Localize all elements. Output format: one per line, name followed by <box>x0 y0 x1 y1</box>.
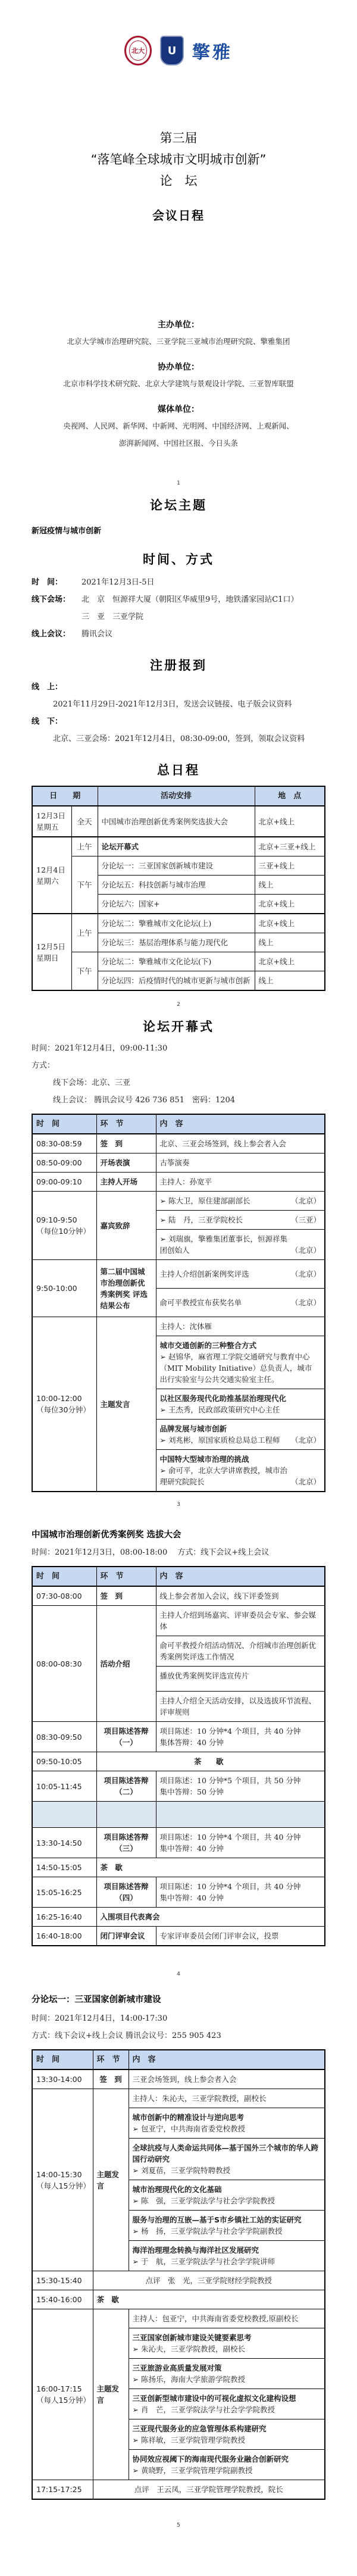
forum1-meta-time: 时间：2021年12月4日，14:00-17:30 <box>32 2012 325 2025</box>
col-stage: 环 节 <box>93 2050 129 2069</box>
lunch-break-row <box>32 1802 325 1828</box>
forum1-section-title: 分论坛一：三亚国家创新城市建设 <box>32 1993 325 2005</box>
time-cell: 16:40-18:00 <box>32 1927 96 1946</box>
content-cell: 主持人介绍到场嘉宾、评审委员会专家、参会媒体 <box>156 1606 325 1636</box>
content-cell: 北京、三亚会场签到，线上参会者入会 <box>156 1134 325 1153</box>
review-cell: 点评 张 光，三亚学院财经学院教授 <box>93 2271 325 2290</box>
stage-cell: 主题发言 <box>93 2089 129 2271</box>
opening-meta-online: 线上会议： 腾讯会议号 426 736 851 密码：1204 <box>32 1094 325 1106</box>
time-cell: 14:50-15:05 <box>32 1858 96 1877</box>
table-row: 13:30-14:00 签 到 三亚会场签到，线上参会者入会 <box>32 2069 325 2089</box>
time-cell: 08:50-09:00 <box>32 1153 96 1173</box>
time-cell: 16:25-16:40 <box>32 1908 96 1927</box>
opening-heading: 论坛开幕式 <box>32 1017 325 1035</box>
time-row: 时 间： 2021年12月3日-5日 <box>32 576 325 589</box>
table-row: 12月4日 星期六 上午 论坛开幕式 北京+三亚+线上 <box>32 837 325 856</box>
content-cell: ➢ 陆 丹，三亚学院校长（三亚） <box>156 1211 325 1230</box>
table-row: 08:30-08:59 签 到 北京、三亚会场签到，线上参会者入会 <box>32 1134 325 1153</box>
table-row: 16:25-16:40 入围项目代表离会 <box>32 1908 325 1927</box>
time-cell: 14:00-15:30 （每人15分钟） <box>32 2089 93 2271</box>
date-cell: 12月3日 星期五 <box>32 806 71 837</box>
overview-col-activity: 活动安排 <box>98 786 255 806</box>
content-cell: 俞可平教授介绍活动情况、介绍城市治理创新优秀案例奖评选工作情况 <box>156 1636 325 1667</box>
speech-cell: 城市创新中的精准设计与逆向思考 ➢ 包亚宁，中共海南省委党校教授 <box>129 2108 325 2139</box>
stage-cell: 项目陈述答辩（一） <box>96 1722 156 1752</box>
content-cell: 主持人介绍全天活动安排，以及选拔环节流程、评审规则 <box>156 1692 325 1722</box>
place-cell: 北京+三亚+线上 <box>255 837 325 856</box>
col-content: 内 容 <box>156 1567 325 1586</box>
stage-cell: 活动介绍 <box>96 1606 156 1722</box>
table-row: 12月3日 星期五 全天 中国城市治理创新优秀案例奖选拔大会 北京+线上 <box>32 806 325 837</box>
period-cell: 上午 <box>71 914 98 952</box>
forum-word: 论 坛 <box>32 170 325 192</box>
col-stage: 环 节 <box>96 1567 156 1586</box>
speech-cell: 服务与治理的互嵌—基于S市乡镇社工站的实证研究 ➢ 杨 扬，三亚学院法学与社会学… <box>129 2211 325 2241</box>
time-mode-heading: 时间、方式 <box>32 550 325 568</box>
table-row: 16:00-17:15 （每人15分钟） 主题发言 主持人：包亚宁，中共海南省委… <box>32 2309 325 2328</box>
registration-online-label: 线 上： <box>32 681 325 693</box>
tea-break-cell: 茶 歇 <box>96 1752 325 1771</box>
stage-cell: 入围项目代表离会 <box>96 1908 325 1927</box>
offline-venue-2: 三 亚 三亚学院 <box>82 611 325 623</box>
stage-cell: 项目陈述答辩（三） <box>96 1828 156 1858</box>
time-cell: 10:00-12:00 （每位30分钟） <box>32 1317 96 1492</box>
opening-meta-mode: 方式： <box>32 1059 325 1072</box>
time-cell: 10:05-11:45 <box>32 1771 96 1802</box>
opening-header-row: 时 间 环 节 内 容 <box>32 1114 325 1134</box>
col-stage: 环 节 <box>96 1114 156 1134</box>
speech-cell: 城市交通创新的三种整合方式 ➢ 赵锦华，麻省理工学院交通研究与教育中心（MIT … <box>156 1336 325 1389</box>
stage-cell: 签 到 <box>93 2069 129 2089</box>
table-row: 08:00-08:30 活动介绍 主持人介绍到场嘉宾、评审委员会专家、参会媒体 <box>32 1606 325 1636</box>
title-block: 第三届 “落笔峰全球城市文明城市创新” 论 坛 会议日程 <box>0 127 357 223</box>
place-cell: 线上 <box>255 971 325 991</box>
col-content: 内 容 <box>156 1114 325 1134</box>
online-meeting-value: 腾讯会议 <box>82 628 325 640</box>
place-cell: 北京+线上 <box>255 806 325 837</box>
time-cell: 07:30-08:00 <box>32 1586 96 1606</box>
time-cell: 9:50-10:00 <box>32 1260 96 1317</box>
time-cell: 08:00-08:30 <box>32 1606 96 1722</box>
table-row: 09:00-09:10 主持人开场 主持人：孙宽平 <box>32 1173 325 1192</box>
content-cell: 主持人：孙宽平 <box>156 1173 325 1192</box>
activity-cell: 分论坛二：擎雅城市文化论坛(下) <box>98 952 255 971</box>
host-cell: 主持人：沈体雁 <box>156 1317 325 1336</box>
host-cell: 主持人：包亚宁，中共海南省委党校教授,原副校长 <box>129 2309 325 2328</box>
table-row: 08:50-09:00 开场表演 古筝演奏 <box>32 1153 325 1173</box>
overview-table: 日 期 活动安排 地 点 12月3日 星期五 全天 中国城市治理创新优秀案例奖选… <box>32 786 325 991</box>
tea-break-cell: 茶 歇 <box>93 2290 325 2309</box>
speech-cell: 三亚国家创新城市建设关键要素思考 ➢ 朱沁夫，三亚学院教授，副校长 <box>129 2328 325 2359</box>
speech-cell: 协同效应视阈下的海南现代服务业融合创新研究 ➢ 黄晓野，三亚学院管理学院副教授 <box>129 2450 325 2480</box>
organizers-block: 主办单位： 北京大学城市治理研究院、三亚学院三亚城市治理研究院、擎雅集团 协办单… <box>0 318 357 449</box>
forum1-header-row: 时 间 环 节 内 容 <box>32 2050 325 2069</box>
activity-cell: 中国城市治理创新优秀案例奖选拔大会 <box>98 806 255 837</box>
time-value: 2021年12月3日-5日 <box>82 576 325 589</box>
document-title: 会议日程 <box>32 206 325 223</box>
page-number-1: 1 <box>0 480 357 486</box>
overview-header-row: 日 期 活动安排 地 点 <box>32 786 325 806</box>
peking-university-seal-icon: 北大 <box>124 36 152 65</box>
table-row: 15:30-15:40 点评 张 光，三亚学院财经学院教授 <box>32 2271 325 2290</box>
time-cell: 13:30-14:50 <box>32 1828 96 1858</box>
time-cell: 08:30-08:59 <box>32 1134 96 1153</box>
col-time: 时 间 <box>32 1567 96 1586</box>
activity-cell: 分论坛四：后疫情时代的城市更新与城市创新 <box>98 971 255 991</box>
speech-cell: 以社区服务现代化助推基层治理现代化 ➢ 王杰秀，民政部政策研究中心主任 <box>156 1389 325 1420</box>
table-row: 下午 分论坛二：擎雅城市文化论坛(下) 北京+线上 <box>32 952 325 971</box>
page-number-2: 2 <box>0 1002 357 1008</box>
content-cell: 主持人介绍创新案例奖评选（北京） <box>156 1260 325 1289</box>
place-cell: 北京+线上 <box>255 914 325 933</box>
activity-cell: 分论坛五：科技创新与城市治理 <box>98 876 255 895</box>
speech-cell: 品牌发展与城市创新 ➢ 刘兆彬，原国家质检总局总工程师（北京） <box>156 1420 325 1450</box>
header-logos: 北大 U 擎雅 <box>0 36 357 65</box>
table-row: 07:30-08:00 签 到 线上参会者加入会议，线下评委签到 <box>32 1586 325 1606</box>
co-organizer-label: 协办单位： <box>32 361 325 373</box>
content-cell: 播放优秀案例奖评选宣传片 <box>156 1667 325 1692</box>
stage-cell: 开场表演 <box>96 1153 156 1173</box>
activity-cell: 论坛开幕式 <box>98 837 255 856</box>
speech-cell: 三亚旅游业高质量发展对策 ➢ 陈扬乐，海南大学旅游学院教授 <box>129 2359 325 2389</box>
overview-heading: 总日程 <box>32 761 325 779</box>
table-row: 16:40-18:00 闭门评审会议 专家评审委员会闭门评审会议，投票 <box>32 1927 325 1946</box>
forum-name: “落笔峰全球城市文明城市创新” <box>32 149 325 170</box>
page-number-3: 3 <box>0 1502 357 1508</box>
theme-text: 新冠疫情与城市创新 <box>32 524 325 536</box>
media-units-line1: 央视网、人民网、新华网、中新网、光明网、中国经济网、上观新闻、 <box>32 420 325 432</box>
content-cell: 三亚会场签到，线上参会者入会 <box>129 2069 325 2089</box>
table-row: 09:10-9:50 （每位10分钟） 嘉宾致辞 ➢ 陈大卫，原住建部副部长（北… <box>32 1192 325 1211</box>
time-cell: 15:40-16:00 <box>32 2290 93 2309</box>
stage-cell: 项目陈述答辩（四） <box>96 1877 156 1908</box>
time-cell: 15:30-15:40 <box>32 2271 93 2290</box>
content-cell: 项目陈述：10 分钟*5 个项目，共 50 分钟 集中答辩：50 分钟 <box>156 1771 325 1802</box>
content-cell: 项目陈述：10 分钟*4 个项目，共 40 分钟 集体答辩：40 分钟 <box>156 1722 325 1752</box>
table-row: 10:00-12:00 （每位30分钟） 主题发言 主持人：沈体雁 <box>32 1317 325 1336</box>
offline-venue-row-2: 三 亚 三亚学院 <box>32 611 325 623</box>
table-row: 9:50-10:00 第二届中国城市治理创新优秀案例奖 评选结果公布 主持人介绍… <box>32 1260 325 1289</box>
period-cell: 下午 <box>71 856 98 914</box>
speech-cell: 三亚创新型城市建设中的可视化虚拟文化建构设想 ➢ 肖 芒，三亚学院法学与社会学学… <box>129 2389 325 2419</box>
content-cell: 古筝演奏 <box>156 1153 325 1173</box>
overview-col-date: 日 期 <box>32 786 98 806</box>
media-units-line2: 澎湃新闻网、中国社区报、今日头条 <box>32 437 325 449</box>
table-row: 15:05-16:25 项目陈述答辩（四） 项目陈述：10 分钟*4 个项目，共… <box>32 1877 325 1908</box>
content-cell: 俞可平教授宣布获奖名单（北京） <box>156 1289 325 1317</box>
table-row: 15:40-16:00 茶 歇 <box>32 2290 325 2309</box>
registration-offline-label: 线 下： <box>32 715 325 728</box>
opening-table: 时 间 环 节 内 容 08:30-08:59 签 到 北京、三亚会场签到，线上… <box>32 1114 325 1492</box>
page-number-4: 4 <box>0 1971 357 1977</box>
stage-cell: 闭门评审会议 <box>96 1927 156 1946</box>
content-cell: 项目陈述：10 分钟*4 个项目，共 40 分钟 集中答辩：40 分钟 <box>156 1828 325 1858</box>
award-section-title: 中国城市治理创新优秀案例奖 选拔大会 <box>32 1528 325 1540</box>
speech-cell: 三亚现代服务业的应急管理体系构建研究 ➢ 陈祥敏，三亚学院管理学院教授 <box>129 2419 325 2450</box>
co-organizers: 北京市科学技术研究院、北京大学建筑与景观设计学院、三亚智库联盟 <box>32 378 325 390</box>
stage-cell: 主题发言 <box>96 1317 156 1492</box>
content-cell: ➢ 刘瑞旗，擎雅集团董事长，恒源祥集团创始人（北京） <box>156 1230 325 1260</box>
university-of-sanya-shield-icon: U <box>160 36 184 65</box>
table-row: 09:50-10:05 茶 歇 <box>32 1752 325 1771</box>
offline-venue-label: 线下会场： <box>32 593 82 606</box>
registration-online-detail: 2021年11月29日-2021年12月3日，发送会议链接、电子版会议资料 <box>32 698 325 711</box>
time-cell: 15:05-16:25 <box>32 1877 96 1908</box>
date-cell: 12月4日 星期六 <box>32 837 71 914</box>
speech-cell: 城市治理现代化的文化基础 ➢ 陈 强，三亚学院法学与社会学学院教授 <box>129 2180 325 2211</box>
date-cell: 12月5日 星期日 <box>32 914 71 990</box>
table-row: 下午 分论坛一：三亚国家创新城市建设 三亚+线上 <box>32 856 325 876</box>
stage-cell: 签 到 <box>96 1134 156 1153</box>
review-cell: 点评 王云凤，三亚学院管理学院教授，院长 <box>93 2480 325 2500</box>
table-row: 08:30-09:50 项目陈述答辩（一） 项目陈述：10 分钟*4 个项目，共… <box>32 1722 325 1752</box>
page-number-5: 5 <box>0 2522 357 2576</box>
col-time: 时 间 <box>32 1114 96 1134</box>
stage-cell: 嘉宾致辞 <box>96 1192 156 1260</box>
table-row: 17:15-17:25 点评 王云凤，三亚学院管理学院教授，院长 <box>32 2480 325 2500</box>
time-cell: 09:50-10:05 <box>32 1752 96 1771</box>
forum-edition: 第三届 <box>32 127 325 149</box>
activity-cell: 分论坛一：三亚国家创新城市建设 <box>98 856 255 876</box>
stage-cell: 项目陈述答辩（二） <box>96 1771 156 1802</box>
opening-meta-time: 时间：2021年12月4日，09:00-11:30 <box>32 1042 325 1055</box>
stage-cell: 第二届中国城市治理创新优秀案例奖 评选结果公布 <box>96 1260 156 1317</box>
award-header-row: 时 间 环 节 内 容 <box>32 1567 325 1586</box>
speech-cell: 中国特大型城市治理的挑战 ➢ 俞可平，北京大学讲席教授，城市治理研究院院长（北京… <box>156 1450 325 1492</box>
time-cell: 08:30-09:50 <box>32 1722 96 1752</box>
registration-heading: 注册报到 <box>32 656 325 674</box>
content-cell: ➢ 陈大卫，原住建部副部长（北京） <box>156 1192 325 1211</box>
offline-venue-1: 北 京 恒源祥大厦（朝阳区华威里9号，地铁潘家园站C1口） <box>82 593 325 606</box>
overview-col-place: 地 点 <box>255 786 325 806</box>
content-cell: 项目陈述：10 分钟*4 个项目，共 40 分钟 集中答辩：40 分钟 <box>156 1877 325 1908</box>
media-units-label: 媒体单位： <box>32 403 325 415</box>
online-meeting-row: 线上会议： 腾讯会议 <box>32 628 325 640</box>
speech-cell: 海洋治理理念转换与海洋社区发展研究 ➢ 于 航，三亚学院法学与社会学学院讲师 <box>129 2241 325 2271</box>
period-cell: 上午 <box>71 837 98 856</box>
place-cell: 线上 <box>255 876 325 895</box>
table-row: 13:30-14:50 项目陈述答辩（三） 项目陈述：10 分钟*4 个项目，共… <box>32 1828 325 1858</box>
time-label: 时 间： <box>32 576 82 589</box>
forum1-meta-mode: 方式：线下会议+线上会议 腾讯会议号：255 905 423 <box>32 2030 325 2042</box>
host-units: 北京大学城市治理研究院、三亚学院三亚城市治理研究院、擎雅集团 <box>32 336 325 348</box>
period-cell: 全天 <box>71 806 98 837</box>
award-table: 时 间 环 节 内 容 07:30-08:00 签 到 线上参会者加入会议，线下… <box>32 1566 325 1946</box>
qingya-logo: 擎雅 <box>192 37 233 64</box>
time-cell: 16:00-17:15 （每人15分钟） <box>32 2309 93 2480</box>
online-meeting-label: 线上会议： <box>32 628 82 640</box>
col-content: 内 容 <box>129 2050 325 2069</box>
content-cell: 专家评审委员会闭门评审会议，投票 <box>156 1927 325 1946</box>
place-cell: 线上 <box>255 933 325 952</box>
place-cell: 北京+线上 <box>255 952 325 971</box>
activity-cell: 分论坛三：基层治理体系与能力现代化 <box>98 933 255 952</box>
activity-cell: 分论坛二：擎雅城市文化论坛(上) <box>98 914 255 933</box>
col-time: 时 间 <box>32 2050 93 2069</box>
opening-meta-offline: 线下会场：北京、三亚 <box>32 1077 325 1089</box>
table-row: 12月5日 星期日 上午 分论坛二：擎雅城市文化论坛(上) 北京+线上 <box>32 914 325 933</box>
time-cell: 09:10-9:50 （每位10分钟） <box>32 1192 96 1260</box>
stage-cell: 签 到 <box>96 1586 156 1606</box>
table-row: 14:50-15:05 茶 歇 <box>32 1858 325 1877</box>
registration-offline-detail: 北京、三亚会场：2021年12月4日，08:30-09:00，签到，领取会议资料 <box>32 733 325 745</box>
award-meta: 时间：2021年12月3日，08:00-18:00 方式：线下会议+线上会议 <box>32 1546 325 1559</box>
host-units-label: 主办单位： <box>32 318 325 330</box>
theme-heading: 论坛主题 <box>32 496 325 514</box>
forum1-table: 时 间 环 节 内 容 13:30-14:00 签 到 三亚会场签到，线上参会者… <box>32 2049 325 2500</box>
table-row: 14:00-15:30 （每人15分钟） 主题发言 主持人：朱沁夫，三亚学院教授… <box>32 2089 325 2108</box>
stage-cell: 主持人开场 <box>96 1173 156 1192</box>
period-cell: 下午 <box>71 952 98 991</box>
stage-cell: 主题发言 <box>93 2309 129 2480</box>
table-row: 10:05-11:45 项目陈述答辩（二） 项目陈述：10 分钟*5 个项目，共… <box>32 1771 325 1802</box>
place-cell: 北京+线上 <box>255 895 325 914</box>
place-cell: 三亚+线上 <box>255 856 325 876</box>
time-cell: 13:30-14:00 <box>32 2069 93 2089</box>
offline-venue-row: 线下会场： 北 京 恒源祥大厦（朝阳区华威里9号，地铁潘家园站C1口） <box>32 593 325 606</box>
tea-break-cell: 茶 歇 <box>96 1858 325 1877</box>
time-cell: 17:15-17:25 <box>32 2480 93 2500</box>
activity-cell: 分论坛六：国家+ <box>98 895 255 914</box>
speech-cell: 全球抗疫与人类命运共同体—基于国外三个城市的华人跨国行动研究 ➢ 刘夏蓓，三亚学… <box>129 2139 325 2180</box>
time-cell: 09:00-09:10 <box>32 1173 96 1192</box>
host-cell: 主持人：朱沁夫，三亚学院教授，副校长 <box>129 2089 325 2108</box>
content-cell: 线上参会者加入会议，线下评委签到 <box>156 1586 325 1606</box>
